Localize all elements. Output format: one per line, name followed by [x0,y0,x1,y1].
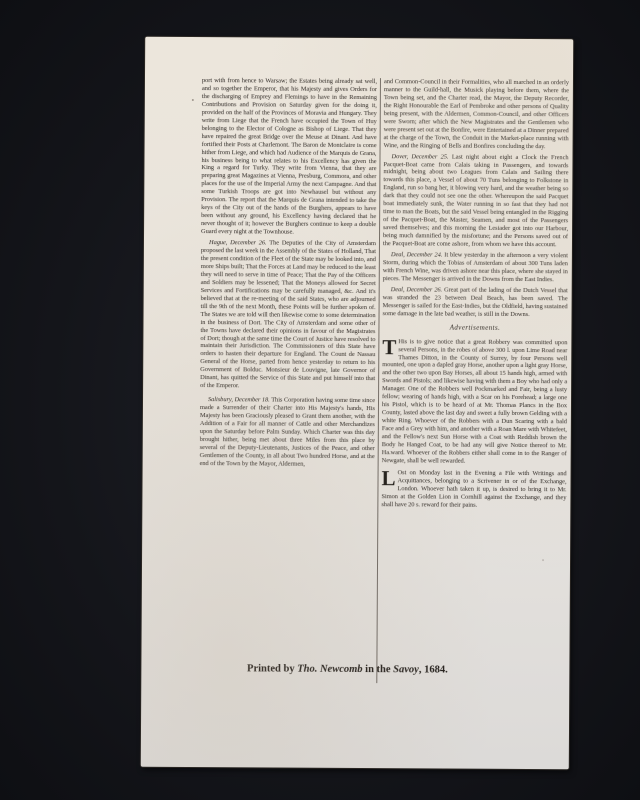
left-paragraph-continuation: port with from hence to Warsaw; the Esta… [201,77,377,237]
newspaper-page: port with from hence to Warsaw; the Esta… [141,37,573,770]
left-column: port with from hence to Warsaw; the Esta… [198,77,377,678]
salisbury-text: This Corporation having some time since … [200,397,375,468]
right-paragraph-deal-26: Deal, December 26. Great part of the lad… [383,286,568,319]
imprint-suffix: , 1684. [419,664,448,675]
imprint-middle: in the [362,664,393,675]
hague-text: The Deputies of the City of Amsterdam pr… [200,240,376,390]
dropcap-t: T [382,339,396,356]
imprint-printer: Tho. Newcomb [297,664,362,675]
paper-speck [192,99,194,101]
lost-file-text: Ost on Monday last in the Evening a File… [381,469,566,508]
right-paragraph-continuation: and Common-Council in their Formalities,… [384,78,569,151]
dropcap-l: L [381,470,395,487]
dateline-deal-26: Deal, December 26. [391,286,442,293]
left-paragraph-salisbury: Salisbury, December 18. This Corporation… [200,396,375,469]
imprint-prefix: Printed by [247,663,297,674]
imprint-place: Savoy [393,664,419,675]
paper-speck [542,559,544,561]
right-column: and Common-Council in their Formalities,… [380,78,569,679]
paper-speck [204,297,206,299]
dover-text: Last night about eight a Clock the Frenc… [383,153,569,248]
advertisement-lost-file: LOst on Monday last in the Evening a Fil… [381,469,566,510]
left-paragraph-hague: Hague, December 26. The Deputies of the … [200,239,376,391]
dateline-salisbury: Salisbury, December 18. [208,396,270,403]
advertisements-heading: Advertisements. [382,324,567,333]
advertisement-robbery: THis is to give notice that a great Robb… [382,338,568,466]
right-paragraph-deal-24: Deal, December 24. It blew yesterday in … [383,251,568,284]
dateline-deal-24: Deal, December 24. [391,251,442,258]
right-paragraph-dover: Dover, December 25. Last night about eig… [383,153,569,250]
robbery-text: His is to give notice that a great Robbe… [382,338,568,465]
dateline-dover: Dover, December 25. [391,153,448,160]
dateline-hague: Hague, December 26. [209,239,267,246]
